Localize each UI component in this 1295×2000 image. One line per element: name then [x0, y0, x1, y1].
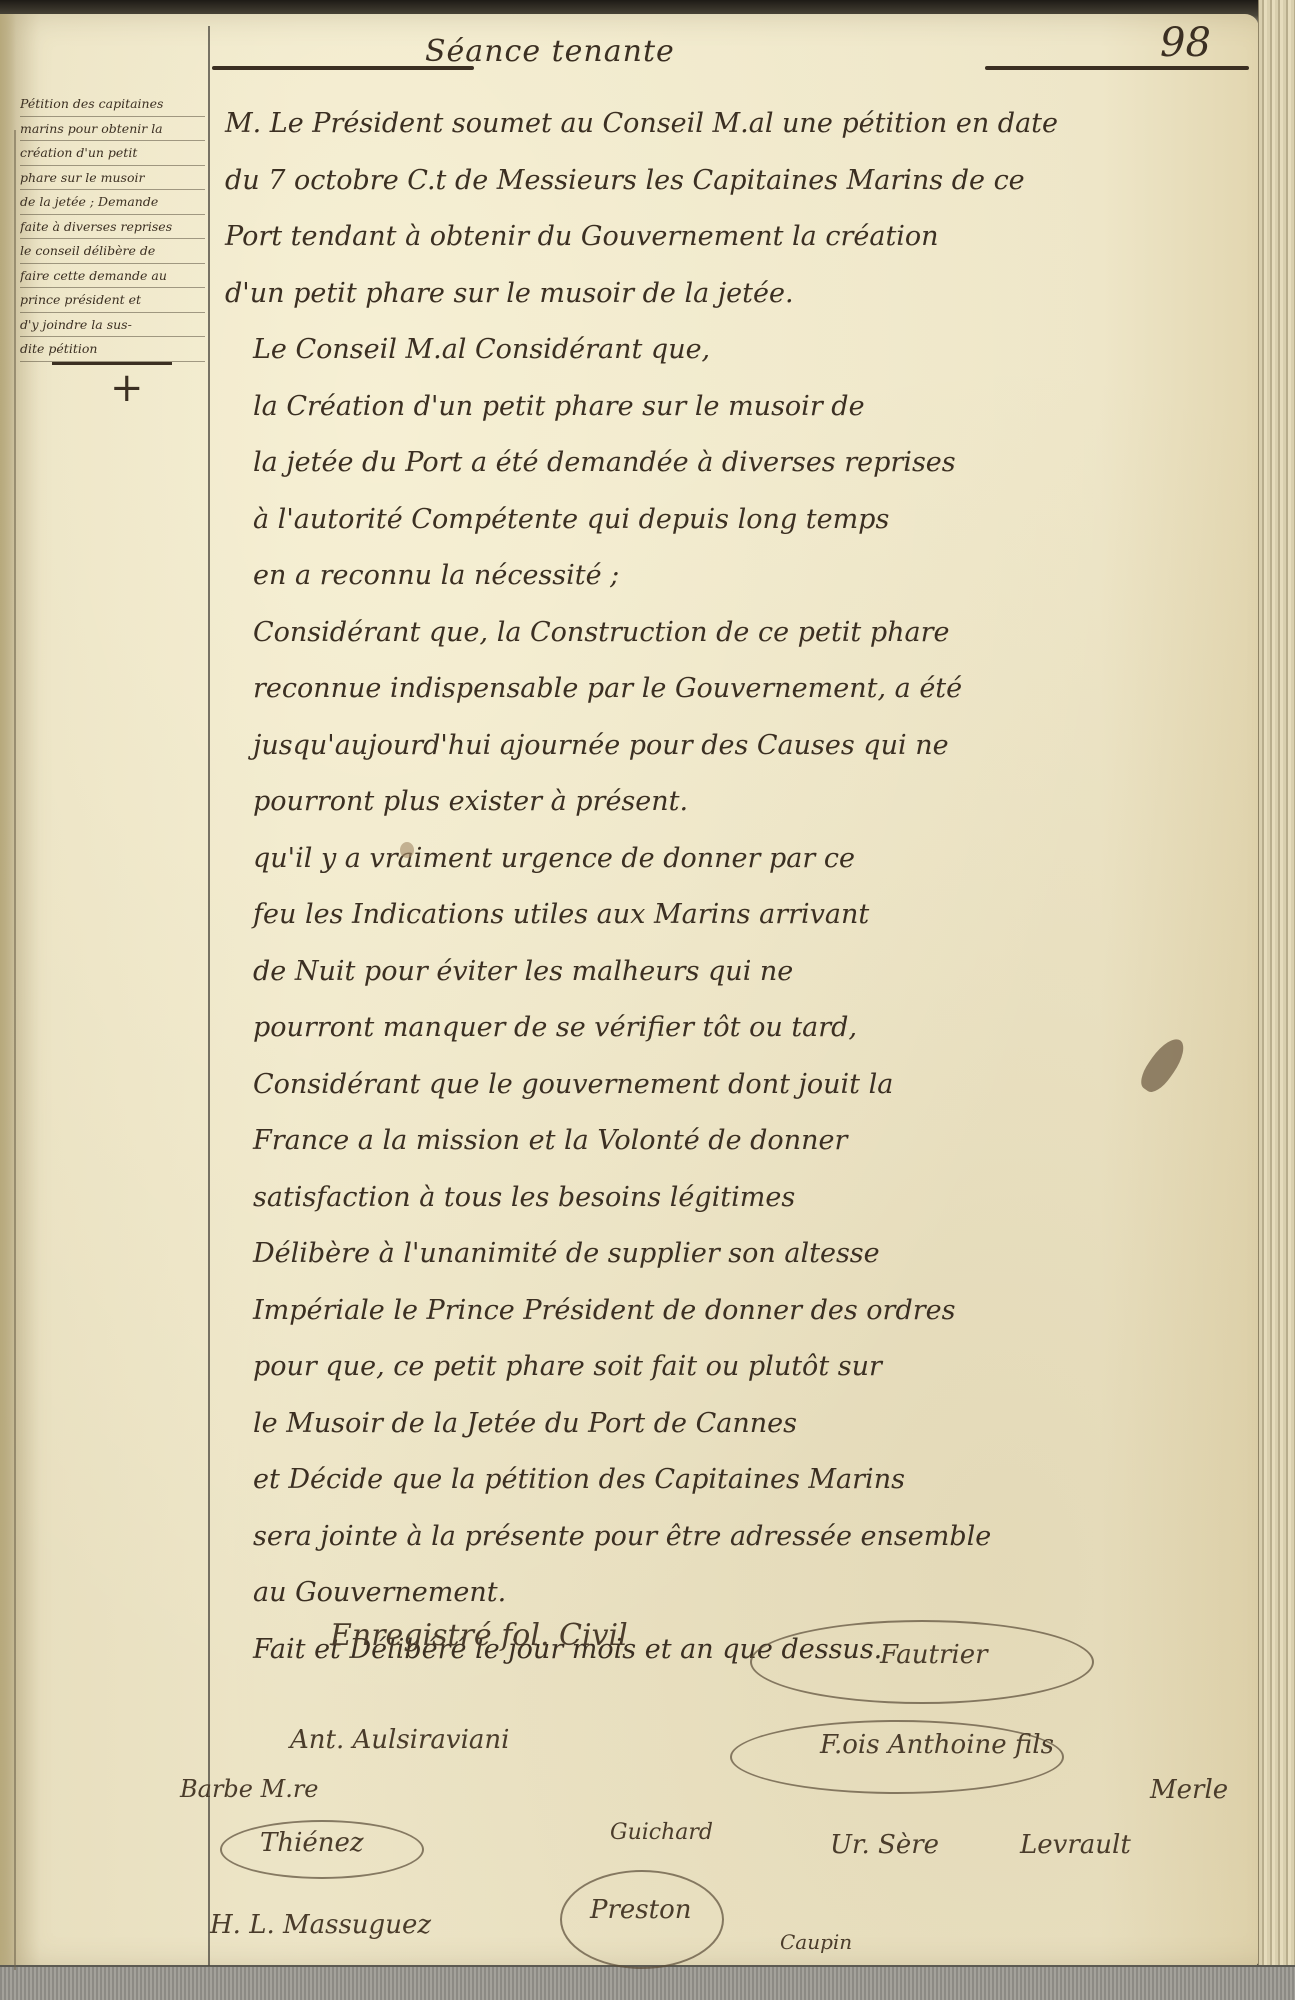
text-line: la Création d'un petit phare sur le muso… — [225, 379, 1245, 436]
margin-note-line: dite pétition — [20, 337, 205, 362]
margin-note: Pétition des capitaines marins pour obte… — [20, 92, 205, 362]
header-rule-right — [985, 66, 1249, 70]
text-line: France a la mission et la Volonté de don… — [225, 1113, 1245, 1170]
text-line: de Nuit pour éviter les malheurs qui ne — [225, 944, 1245, 1001]
text-line: d'un petit phare sur le musoir de la jet… — [225, 266, 1245, 323]
margin-note-line: phare sur le musoir — [20, 166, 205, 191]
text-line: en a reconnu la nécessité ; — [225, 548, 1245, 605]
margin-rule-outer — [14, 130, 16, 1970]
signature: Levrault — [1020, 1830, 1131, 1860]
text-line: à l'autorité Compétente qui depuis long … — [225, 492, 1245, 549]
text-line: sera jointe à la présente pour être adre… — [225, 1509, 1245, 1566]
text-line: et Décide que la pétition des Capitaines… — [225, 1452, 1245, 1509]
text-line: le Musoir de la Jetée du Port de Cannes — [225, 1396, 1245, 1453]
page-edges-right — [1258, 0, 1295, 2000]
signature: Ant. Aulsiraviani — [290, 1725, 510, 1755]
text-line: qu'il y a vraiment urgence de donner par… — [225, 831, 1245, 888]
signature: Ur. Sère — [830, 1830, 939, 1860]
text-line: pourront manquer de se vérifier tôt ou t… — [225, 1000, 1245, 1057]
text-line: Considérant que le gouvernement dont jou… — [225, 1057, 1245, 1114]
margin-note-line: le conseil délibère de — [20, 239, 205, 264]
text-line: feu les Indications utiles aux Marins ar… — [225, 887, 1245, 944]
margin-note-line: Pétition des capitaines — [20, 92, 205, 117]
signature: F.ois Anthoine fils — [820, 1730, 1054, 1760]
signature: H. L. Massuguez — [210, 1910, 431, 1940]
page-number: 98 — [1160, 20, 1211, 66]
text-line: la jetée du Port a été demandée à divers… — [225, 435, 1245, 492]
signature: Caupin — [780, 1930, 852, 1954]
signature: Fautrier — [880, 1640, 988, 1670]
signature: Barbe M.re — [180, 1775, 319, 1803]
margin-note-line: prince président et — [20, 288, 205, 313]
session-title: Séance tenante — [425, 34, 675, 69]
text-line: Impériale le Prince Président de donner … — [225, 1283, 1245, 1340]
registration-note: Enregistré fol. Civil — [330, 1618, 628, 1653]
deliberation-text: M. Le Président soumet au Conseil M.al u… — [225, 96, 1245, 1678]
signature-block: Enregistré fol. Civil Fautrier Ant. Auls… — [190, 1610, 1250, 1970]
margin-note-line: faite à diverses reprises — [20, 215, 205, 240]
text-line: Délibère à l'unanimité de supplier son a… — [225, 1226, 1245, 1283]
text-line: M. Le Président soumet au Conseil M.al u… — [225, 96, 1245, 153]
text-line: satisfaction à tous les besoins légitime… — [225, 1170, 1245, 1227]
text-line: Le Conseil M.al Considérant que, — [225, 322, 1245, 379]
signature: Merle — [1150, 1775, 1228, 1805]
paper-stain — [400, 842, 414, 858]
text-line: pourront plus exister à présent. — [225, 774, 1245, 831]
margin-note-line: faire cette demande au — [20, 264, 205, 289]
cross-mark-icon: + — [110, 368, 144, 408]
margin-note-line: de la jetée ; Demande — [20, 190, 205, 215]
margin-note-line: marins pour obtenir la — [20, 117, 205, 142]
text-line: pour que, ce petit phare soit fait ou pl… — [225, 1339, 1245, 1396]
text-line: Considérant que, la Construction de ce p… — [225, 605, 1245, 662]
text-line: du 7 octobre C.t de Messieurs les Capita… — [225, 153, 1245, 210]
text-line: reconnue indispensable par le Gouverneme… — [225, 661, 1245, 718]
book-binding-bottom — [0, 1965, 1295, 2000]
signature: Thiénez — [260, 1828, 364, 1858]
signature: Guichard — [610, 1820, 713, 1845]
signature: Preston — [590, 1895, 692, 1925]
margin-note-line: création d'un petit — [20, 141, 205, 166]
text-line: Port tendant à obtenir du Gouvernement l… — [225, 209, 1245, 266]
margin-note-line: d'y joindre la sus- — [20, 313, 205, 338]
text-line: jusqu'aujourd'hui ajournée pour des Caus… — [225, 718, 1245, 775]
